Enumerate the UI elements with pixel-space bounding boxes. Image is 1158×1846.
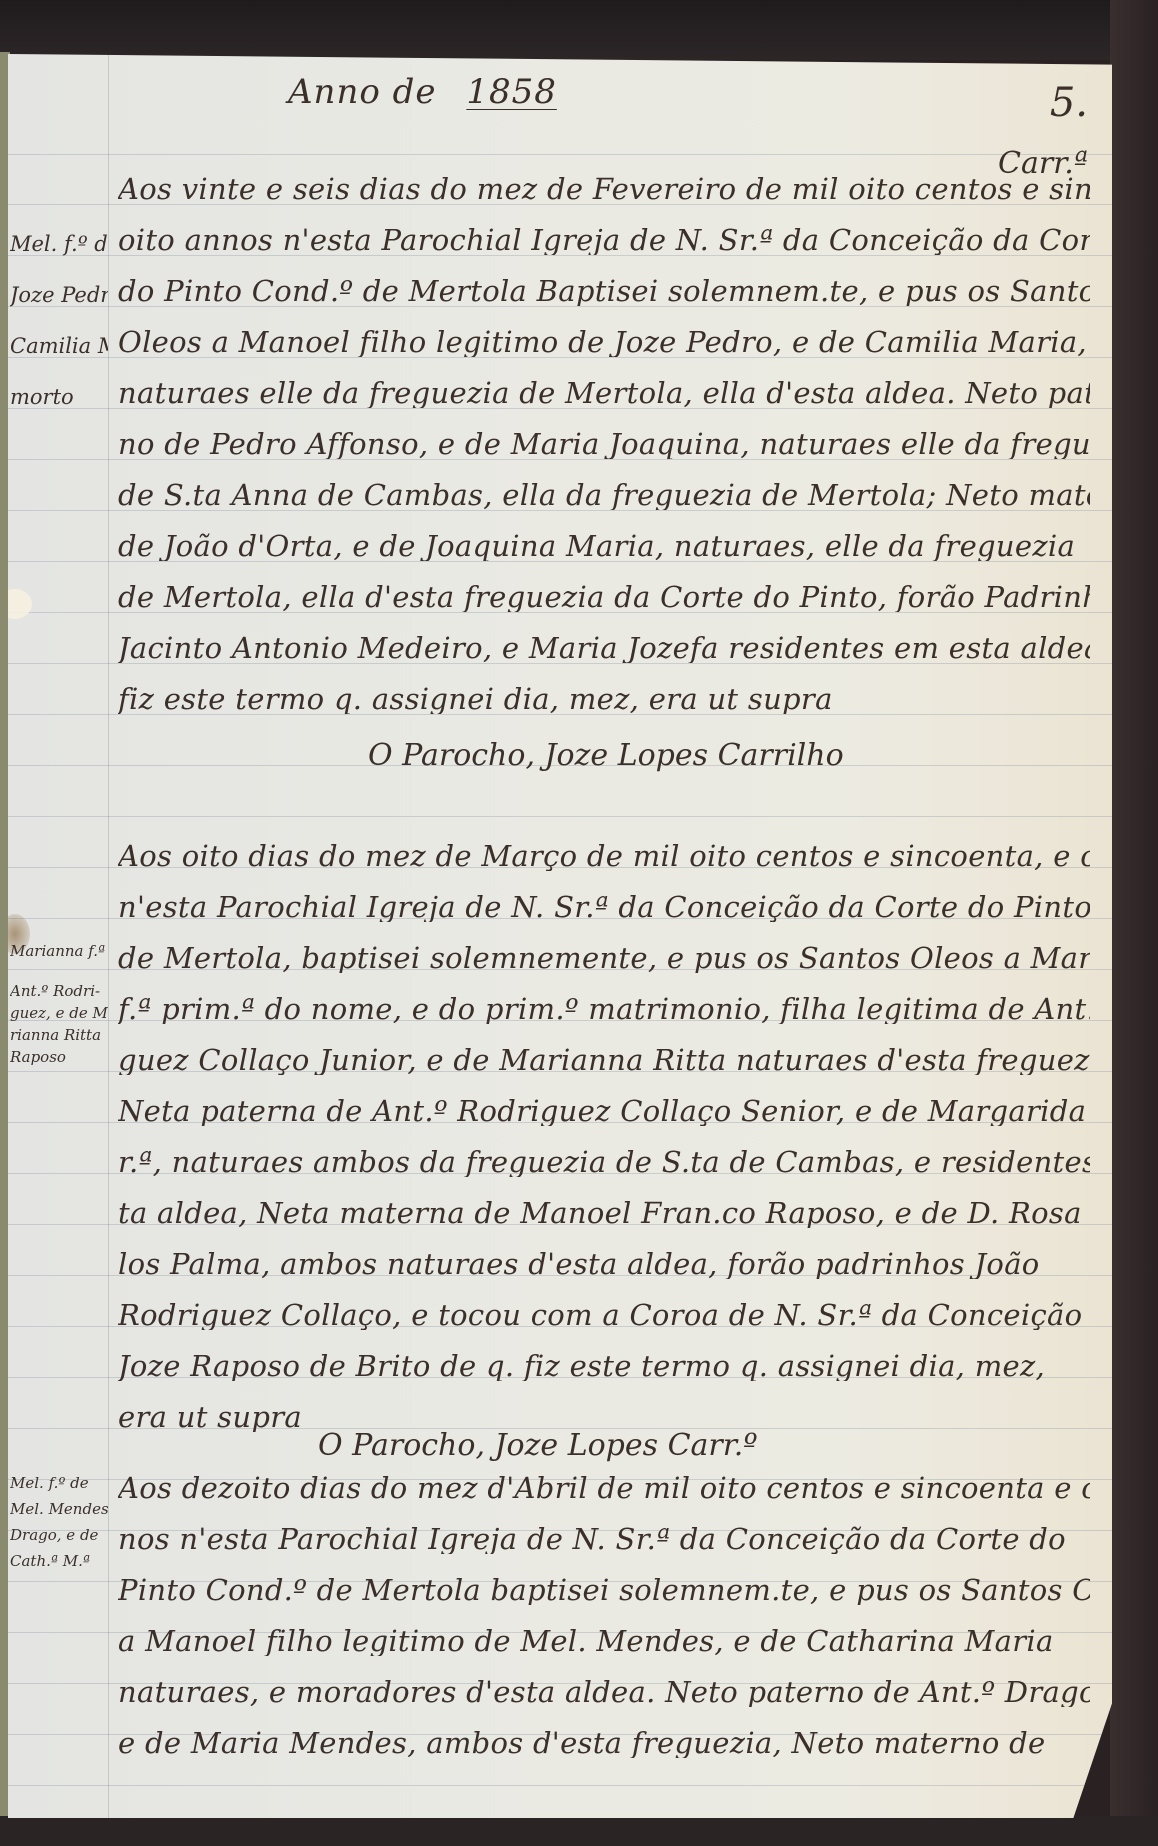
margin-note-3-line-2: Mel. Mendes [10, 1500, 108, 1518]
entry-1-line: de Mertola, ella d'esta freguezia da Cor… [118, 583, 1090, 612]
entry-3-line: a Manoel filho legitimo de Mel. Mendes, … [118, 1627, 1090, 1656]
ruled-line [8, 204, 1112, 205]
entry-1-line: oito annos n'esta Parochial Igreja de N.… [118, 226, 1090, 255]
entry-1-line: de S.ta Anna de Cambas, ella da freguezi… [118, 481, 1090, 510]
entry-2-line: Joze Raposo de Brito de q. fiz este term… [118, 1352, 1090, 1381]
entry-3-line: nos n'esta Parochial Igreja de N. Sr.ª d… [118, 1525, 1090, 1554]
margin-note-1-line-4: morto [10, 385, 108, 409]
page-heading: Anno de 1858 [288, 72, 557, 112]
entry-2-line: Neta paterna de Ant.º Rodriguez Collaço … [118, 1097, 1090, 1126]
entry-2-line: r.ª, naturaes ambos da freguezia de S.ta… [118, 1148, 1090, 1177]
ruled-line [8, 510, 1112, 511]
ruled-line [8, 306, 1112, 307]
ruled-line [8, 816, 1112, 817]
entry-1-signature: O Parocho, Joze Lopes Carrilho [368, 738, 844, 773]
margin-note-3-line-1: Mel. f.º de [10, 1474, 108, 1492]
heading-year: 1858 [466, 72, 557, 112]
folio-number: 5. [1050, 80, 1088, 126]
entry-2-line: Rodriguez Collaço, e tocou com a Coroa d… [118, 1301, 1090, 1330]
margin-note-2-line-1: Marianna f.ª [10, 942, 108, 960]
ruled-line [8, 255, 1112, 256]
ruled-line [8, 154, 1112, 155]
entry-3-line: Pinto Cond.º de Mertola baptisei solemne… [118, 1576, 1090, 1605]
entry-2-line: f.ª prim.ª do nome, e do prim.º matrimon… [118, 995, 1090, 1024]
margin-note-2-line-4: rianna Ritta [10, 1026, 108, 1044]
register-page: Anno de 1858 5. Carr.ª Mel. f.º de Joze … [8, 54, 1112, 1818]
entry-1-line: Oleos a Manoel filho legitimo de Joze Pe… [118, 328, 1090, 357]
margin-note-2-line-3: guez, e de Ma- [10, 1004, 108, 1022]
margin-rule [108, 54, 109, 1818]
entry-2-line: guez Collaço Junior, e de Marianna Ritta… [118, 1046, 1090, 1075]
ruled-line [8, 663, 1112, 664]
ruled-line [8, 612, 1112, 613]
entry-1-line: Aos vinte e seis dias do mez de Fevereir… [118, 175, 1090, 204]
margin-note-3-line-4: Cath.ª M.ª [10, 1552, 108, 1570]
heading-title: Anno de [288, 72, 437, 112]
entry-3-line: naturaes, e moradores d'esta aldea. Neto… [118, 1678, 1090, 1707]
margin-note-2-line-5: Raposo [10, 1048, 108, 1066]
margin-note-1-line-2: Joze Pedro, e [10, 283, 108, 307]
entry-3-line: e de Maria Mendes, ambos d'esta freguezi… [118, 1729, 1090, 1758]
entry-1-line: de João d'Orta, e de Joaquina Maria, nat… [118, 532, 1090, 561]
entry-1-line: no de Pedro Affonso, e de Maria Joaquina… [118, 430, 1090, 459]
margin-note-1-line-1: Mel. f.º de [10, 232, 108, 256]
paper-damage [8, 589, 32, 619]
scan-backing-top [0, 0, 1158, 60]
entry-2-signature: O Parocho, Joze Lopes Carr.º [318, 1428, 757, 1463]
margin-note-2-line-2: Ant.º Rodri- [10, 982, 108, 1000]
entry-2-line: de Mertola, baptisei solemnemente, e pus… [118, 944, 1090, 973]
entry-3-line: Aos dezoito dias do mez d'Abril de mil o… [118, 1474, 1090, 1503]
ruled-line [8, 357, 1112, 358]
margin-note-1-line-3: Camilia M.ª [10, 334, 108, 358]
scan-backing-right [1110, 0, 1158, 1846]
ruled-line [8, 1785, 1112, 1786]
entry-1-line: naturaes elle da freguezia de Mertola, e… [118, 379, 1090, 408]
entry-2-line: Aos oito dias do mez de Março de mil oit… [118, 842, 1090, 871]
entry-2-line: n'esta Parochial Igreja de N. Sr.ª da Co… [118, 893, 1090, 922]
margin-note-3-line-3: Drago, e de [10, 1526, 108, 1544]
ruled-line [8, 459, 1112, 460]
ruled-line [8, 714, 1112, 715]
entry-1-line: Jacinto Antonio Medeiro, e Maria Jozefa … [118, 634, 1090, 663]
entry-2-line: los Palma, ambos naturaes d'esta aldea, … [118, 1250, 1090, 1279]
entry-2-line: ta aldea, Neta materna de Manoel Fran.co… [118, 1199, 1090, 1228]
ruled-line [8, 561, 1112, 562]
entry-1-line: do Pinto Cond.º de Mertola Baptisei sole… [118, 277, 1090, 306]
scan-backing-bottom [0, 1816, 1158, 1846]
ruled-line [8, 408, 1112, 409]
entry-1-line: fiz este termo q. assignei dia, mez, era… [118, 685, 1090, 714]
